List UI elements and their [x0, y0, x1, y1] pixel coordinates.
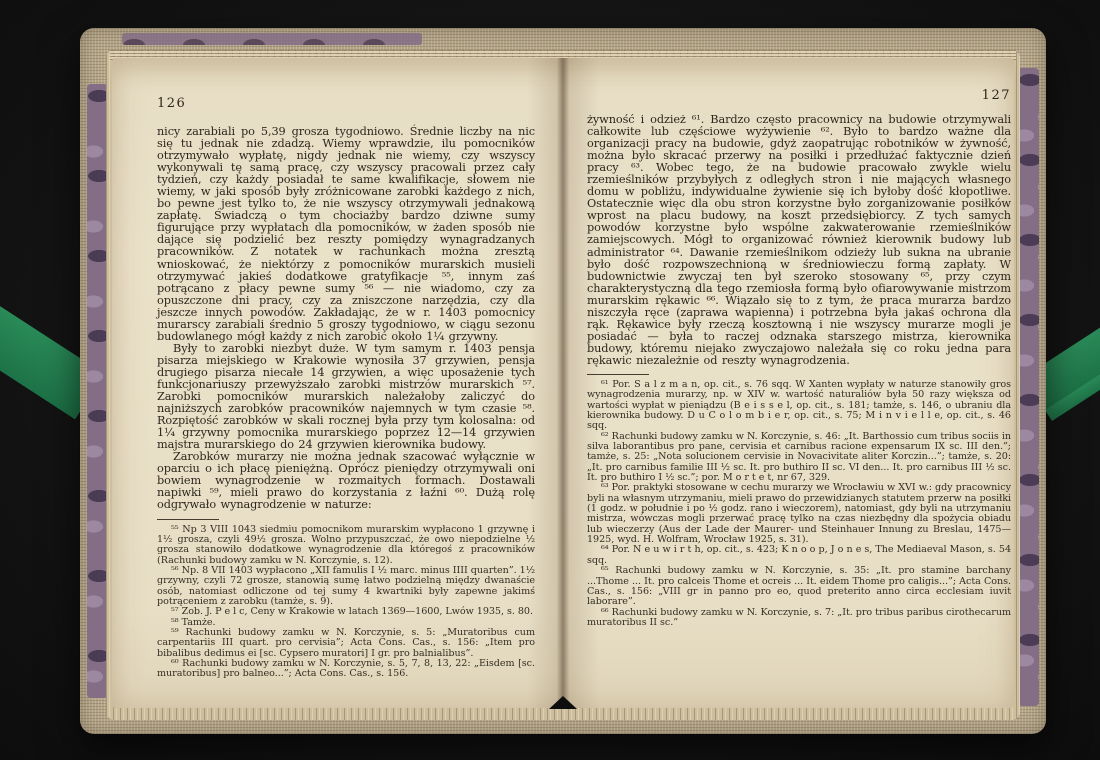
gutter-notch	[549, 696, 577, 709]
footnote-separator-rule	[587, 374, 649, 375]
footnote: ⁶¹ Por. S a l z m a n, op. cit., s. 76 s…	[587, 380, 1011, 432]
paragraph: żywność i odzież ⁶¹. Bardzo często praco…	[587, 114, 1011, 367]
footnote: ⁵⁶ Np. 8 VII 1403 wypłacono „XII famulis…	[157, 566, 535, 607]
main-text-right: żywność i odzież ⁶¹. Bardzo często praco…	[587, 114, 1011, 367]
page-right-127: 127 żywność i odzież ⁶¹. Bardzo często p…	[563, 58, 1014, 708]
footnotes-left: ⁵⁵ Np 3 VIII 1043 siedmiu pomocnikom mur…	[157, 525, 535, 680]
book-cloth-cover: 126 nicy zarabiali po 5,39 grosza tygodn…	[80, 28, 1046, 734]
main-text-left: nicy zarabiali po 5,39 grosza tygodniowo…	[157, 126, 535, 512]
marbled-cover-top-edge	[122, 33, 422, 45]
paragraph: nicy zarabiali po 5,39 grosza tygodniowo…	[157, 126, 535, 343]
footnote: ⁶⁵ Rachunki budowy zamku w N. Korczynie,…	[587, 566, 1011, 607]
open-book-spread: 126 nicy zarabiali po 5,39 grosza tygodn…	[112, 58, 1014, 708]
footnote: ⁶⁴ Por. N e u w i r t h, op. cit., s. 42…	[587, 545, 1011, 566]
marbled-cover-left-edge	[87, 84, 108, 698]
page-left-126: 126 nicy zarabiali po 5,39 grosza tygodn…	[112, 58, 563, 708]
footnote: ⁶⁶ Rachunki budowy zamku w N. Korczynie,…	[587, 608, 1011, 629]
scan-background: 126 nicy zarabiali po 5,39 grosza tygodn…	[0, 0, 1100, 760]
page-left-content: 126 nicy zarabiali po 5,39 grosza tygodn…	[157, 96, 535, 680]
paragraph: Były to zarobki niezbyt duże. W tym samy…	[157, 343, 535, 451]
page-number-left: 126	[157, 96, 535, 111]
page-right-content: 127 żywność i odzież ⁶¹. Bardzo często p…	[587, 88, 1011, 628]
footnote: ⁶³ Por. praktyki stosowane w cechu murar…	[587, 483, 1011, 545]
footnote-separator-rule	[157, 519, 219, 520]
page-number-right: 127	[587, 88, 1011, 103]
footnotes-right: ⁶¹ Por. S a l z m a n, op. cit., s. 76 s…	[587, 380, 1011, 628]
footnote: ⁵⁵ Np 3 VIII 1043 siedmiu pomocnikom mur…	[157, 525, 535, 566]
paragraph: Zarobków murarzy nie można jednak szacow…	[157, 451, 535, 511]
footnote: ⁵⁹ Rachunki budowy zamku w N. Korczynie,…	[157, 628, 535, 659]
footnote: ⁶² Rachunki budowy zamku w N. Korczynie,…	[587, 432, 1011, 484]
footnote: ⁶⁰ Rachunki budowy zamku w N. Korczynie,…	[157, 659, 535, 680]
marbled-cover-right-edge	[1018, 68, 1039, 706]
